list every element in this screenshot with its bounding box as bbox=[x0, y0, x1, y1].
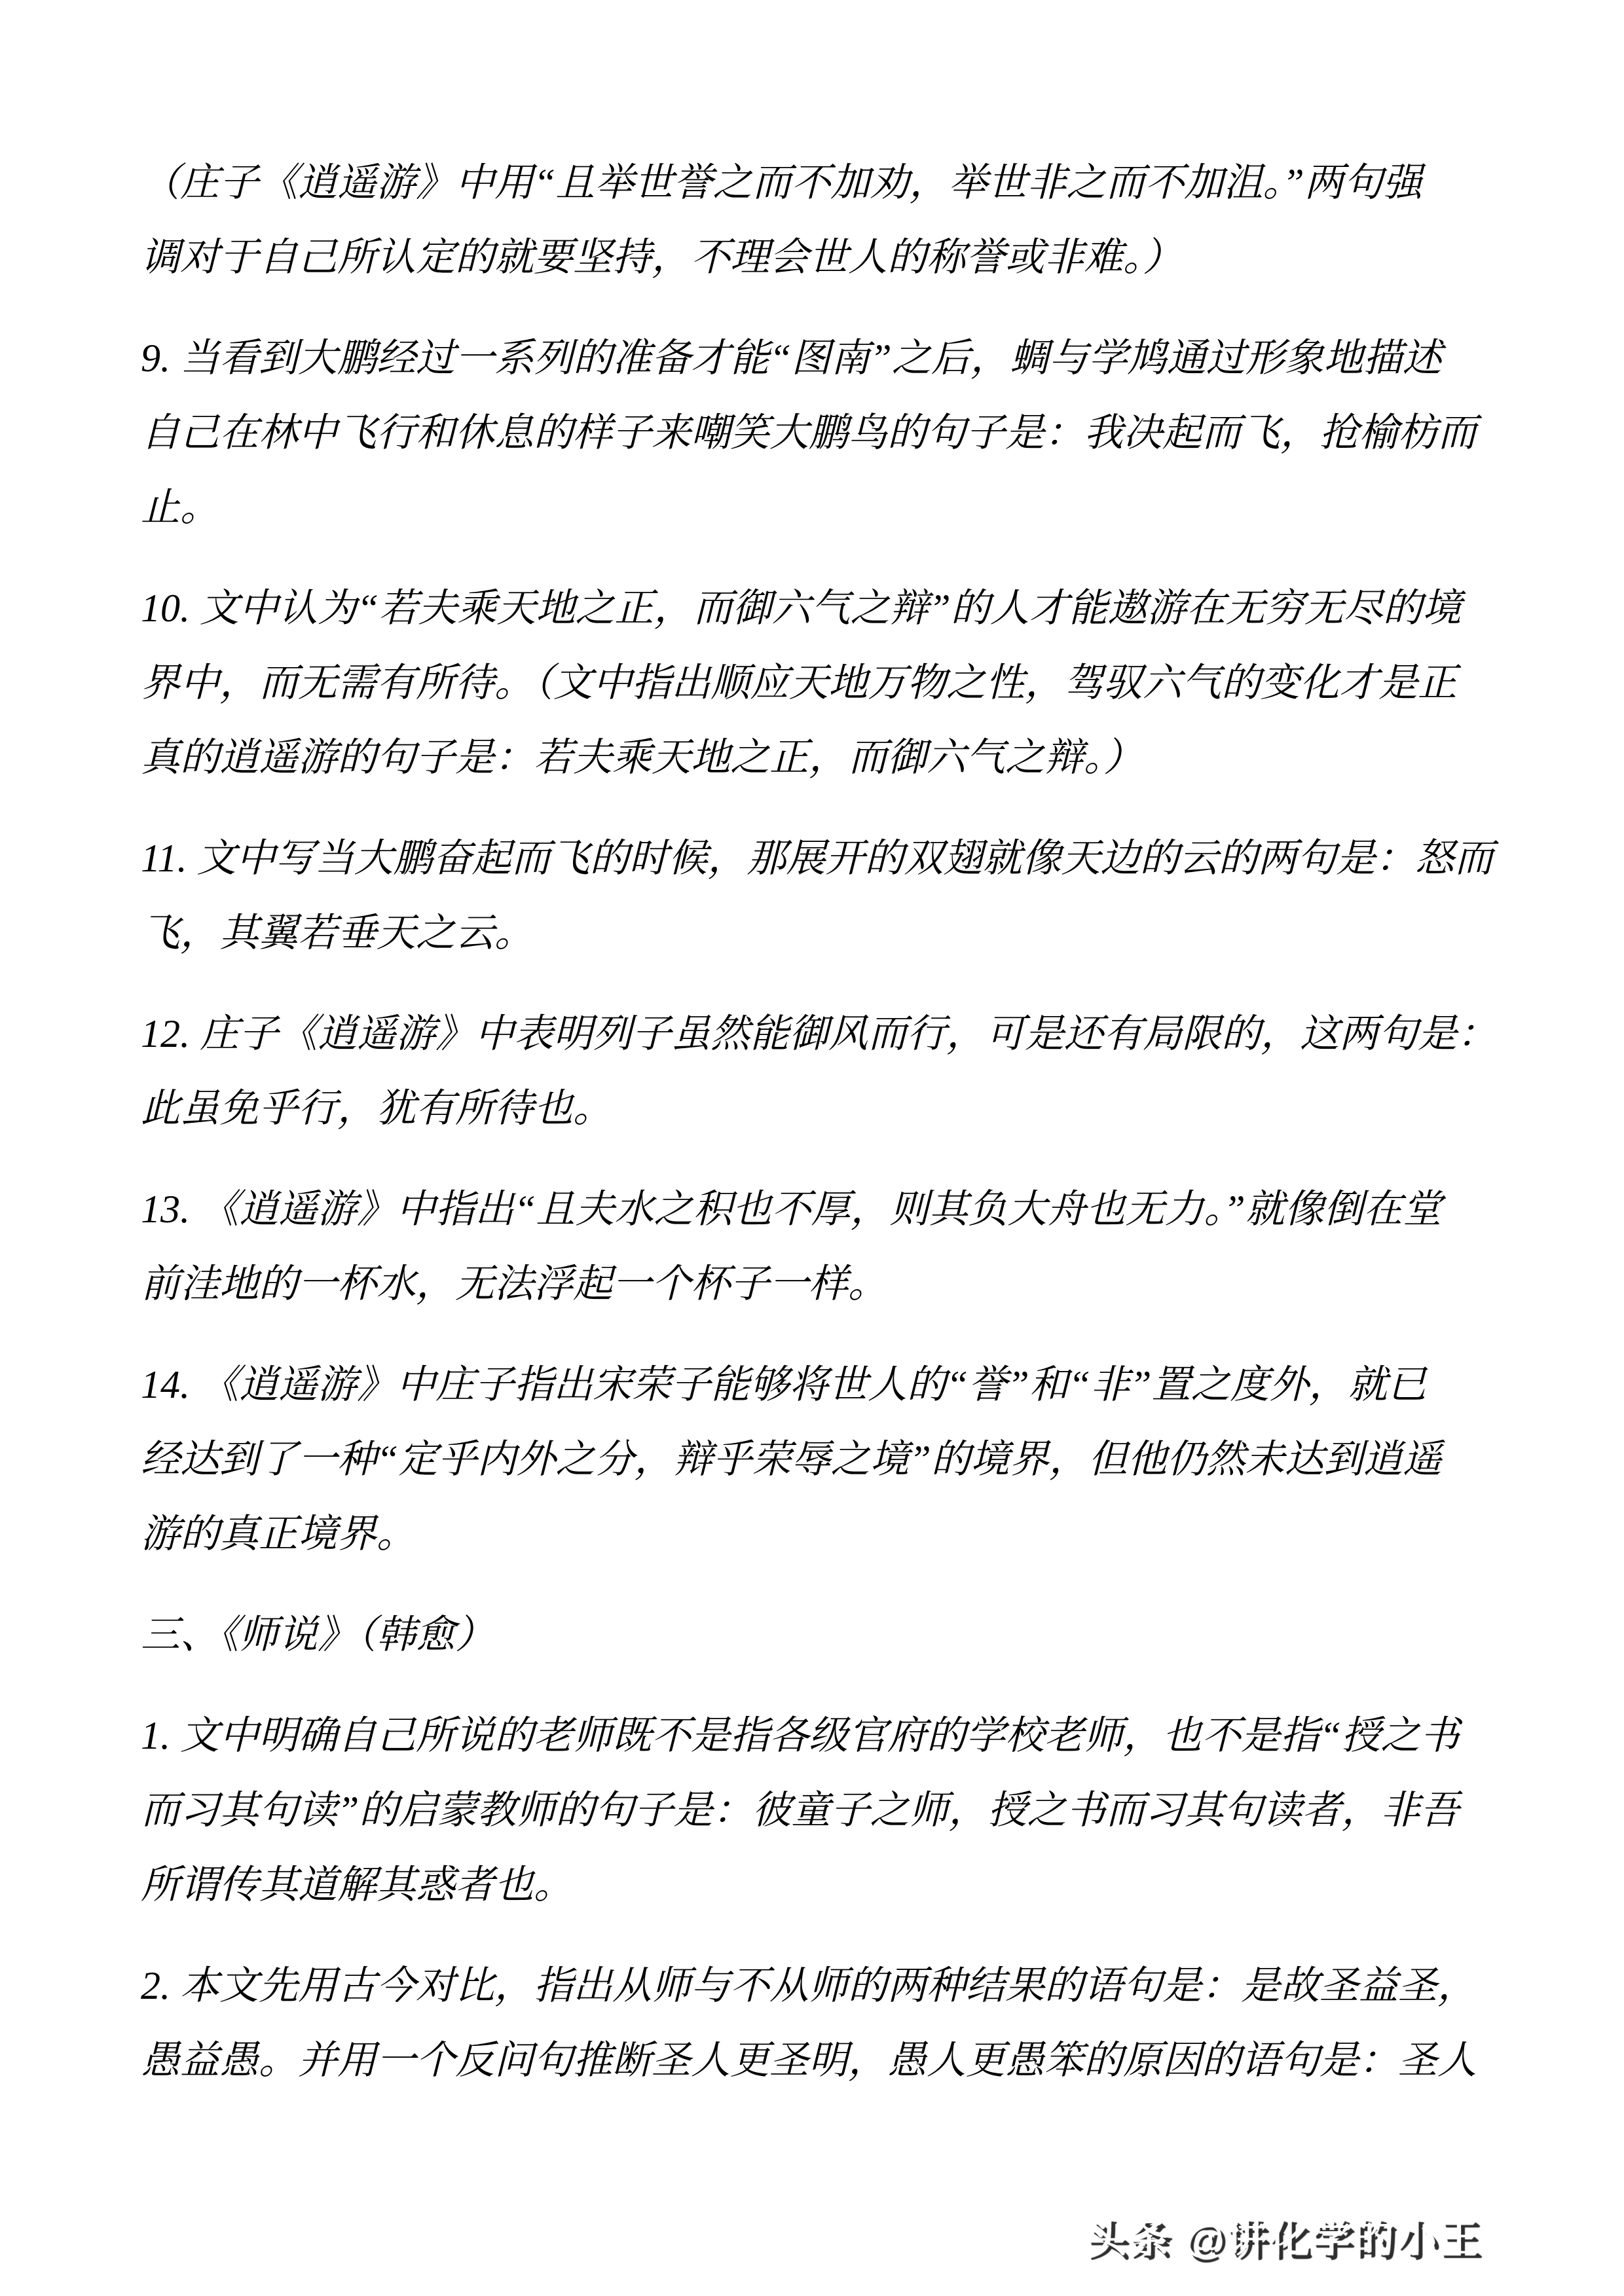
paragraph: 10. 文中认为“若夫乘天地之正，而御六气之辩”的人才能遨游在无穷无尽的境界中，… bbox=[141, 571, 1490, 795]
paragraph: 13. 《逍遥游》中指出“且夫水之积也不厚，则其负大舟也无力。”就像倒在堂前洼地… bbox=[141, 1172, 1490, 1321]
document-page: （庄子《逍遥游》中用“且举世誉之而不加劝，举世非之而不加沮。”两句强调对于自己所… bbox=[0, 0, 1624, 2296]
text-line: 而习其句读”的启蒙教师的句子是：彼童子之师，授之书而习其句读者，非吾 bbox=[141, 1773, 1490, 1848]
document-body: （庄子《逍遥游》中用“且举世誉之而不加劝，举世非之而不加沮。”两句强调对于自己所… bbox=[141, 145, 1490, 2124]
text-line: 12. 庄子《逍遥游》中表明列子虽然能御风而行，可是还有局限的，这两句是： bbox=[141, 996, 1490, 1071]
text-line: 调对于自己所认定的就要坚持，不理会世人的称誉或非难。） bbox=[141, 220, 1490, 295]
text-line: 1. 文中明确自己所说的老师既不是指各级官府的学校老师，也不是指“授之书 bbox=[141, 1698, 1490, 1773]
watermark-text: 头条 @讲化学的小王 bbox=[1086, 2215, 1481, 2261]
text-line: 止。 bbox=[141, 470, 1490, 545]
text-line: 2. 本文先用古今对比，指出从师与不从师的两种结果的语句是：是故圣益圣， bbox=[141, 1948, 1490, 2023]
text-line: （庄子《逍遥游》中用“且举世誉之而不加劝，举世非之而不加沮。”两句强 bbox=[141, 145, 1490, 220]
text-line: 飞，其翼若垂天之云。 bbox=[141, 896, 1490, 970]
text-line: 愚益愚。并用一个反问句推断圣人更圣明，愚人更愚笨的原因的语句是：圣人 bbox=[141, 2023, 1490, 2098]
watermark: 头条 @讲化学的小王 bbox=[1086, 2205, 1481, 2263]
text-line: 11. 文中写当大鹏奋起而飞的时候，那展开的双翅就像天边的云的两句是：怒而 bbox=[141, 821, 1490, 896]
paragraph: 1. 文中明确自己所说的老师既不是指各级官府的学校老师，也不是指“授之书而习其句… bbox=[141, 1698, 1490, 1922]
paragraph: （庄子《逍遥游》中用“且举世誉之而不加劝，举世非之而不加沮。”两句强调对于自己所… bbox=[141, 145, 1490, 295]
text-line: 真的逍遥游的句子是：若夫乘天地之正，而御六气之辩。） bbox=[141, 720, 1490, 795]
text-line: 此虽免乎行，犹有所待也。 bbox=[141, 1071, 1490, 1146]
text-line: 10. 文中认为“若夫乘天地之正，而御六气之辩”的人才能遨游在无穷无尽的境 bbox=[141, 571, 1490, 646]
paragraph: 三、《师说》（韩愈） bbox=[141, 1597, 1490, 1672]
paragraph: 11. 文中写当大鹏奋起而飞的时候，那展开的双翅就像天边的云的两句是：怒而飞，其… bbox=[141, 821, 1490, 970]
text-line: 前洼地的一杯水，无法浮起一个杯子一样。 bbox=[141, 1247, 1490, 1321]
text-line: 所谓传其道解其惑者也。 bbox=[141, 1848, 1490, 1922]
text-line: 9. 当看到大鹏经过一系列的准备才能“图南”之后，蜩与学鸠通过形象地描述 bbox=[141, 321, 1490, 395]
text-line: 经达到了一种“定乎内外之分，辩乎荣辱之境”的境界，但他仍然未达到逍遥 bbox=[141, 1422, 1490, 1497]
text-line: 界中，而无需有所待。（文中指出顺应天地万物之性，驾驭六气的变化才是正 bbox=[141, 646, 1490, 720]
text-line: 自己在林中飞行和休息的样子来嘲笑大鹏鸟的句子是：我决起而飞，抢榆枋而 bbox=[141, 395, 1490, 470]
paragraph: 2. 本文先用古今对比，指出从师与不从师的两种结果的语句是：是故圣益圣，愚益愚。… bbox=[141, 1948, 1490, 2098]
text-line: 13. 《逍遥游》中指出“且夫水之积也不厚，则其负大舟也无力。”就像倒在堂 bbox=[141, 1172, 1490, 1247]
text-line: 14. 《逍遥游》中庄子指出宋荣子能够将世人的“誉”和“非”置之度外，就已 bbox=[141, 1347, 1490, 1422]
text-line: 游的真正境界。 bbox=[141, 1497, 1490, 1571]
paragraph: 12. 庄子《逍遥游》中表明列子虽然能御风而行，可是还有局限的，这两句是：此虽免… bbox=[141, 996, 1490, 1146]
text-line: 三、《师说》（韩愈） bbox=[141, 1597, 1490, 1672]
paragraph: 14. 《逍遥游》中庄子指出宋荣子能够将世人的“誉”和“非”置之度外，就已经达到… bbox=[141, 1347, 1490, 1571]
paragraph: 9. 当看到大鹏经过一系列的准备才能“图南”之后，蜩与学鸠通过形象地描述自己在林… bbox=[141, 321, 1490, 545]
